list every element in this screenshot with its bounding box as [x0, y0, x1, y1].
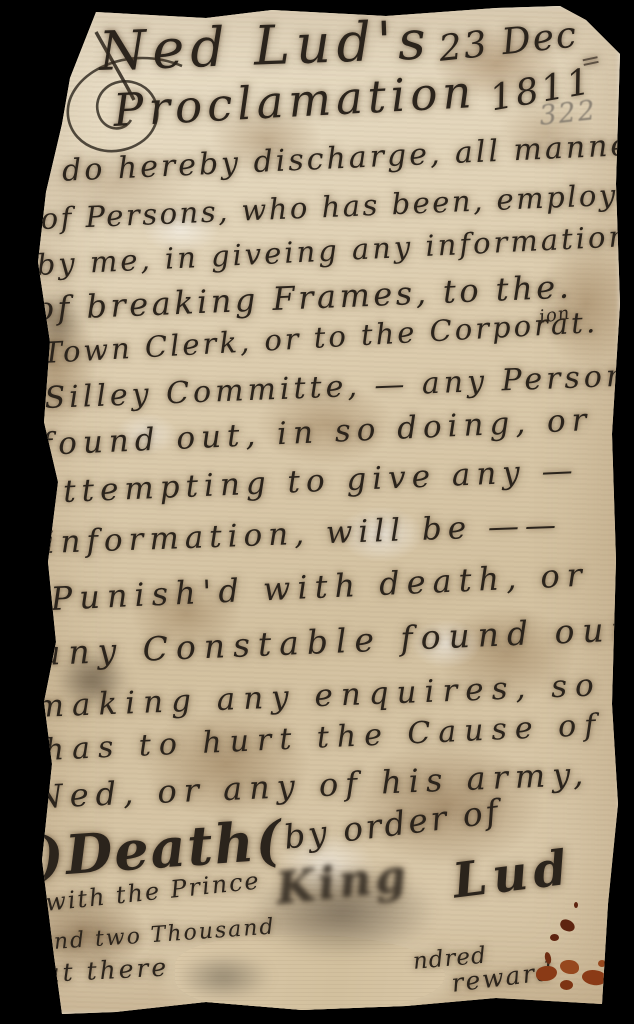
body-line: attempting to give any —: [38, 453, 579, 510]
rust-spot: [559, 918, 577, 933]
rust-spot: [560, 960, 579, 974]
footer-line: at there: [44, 953, 170, 987]
date-day: 23 Dec: [437, 15, 580, 69]
rust-spot: [550, 934, 559, 941]
signature-word: Lud: [450, 841, 576, 908]
rust-spot: [560, 980, 573, 990]
body-line: information, will be ——: [44, 508, 562, 560]
pencil-number: 322: [538, 96, 598, 132]
rust-spot: [610, 924, 615, 929]
manuscript-paper: Ned Lud's 23 Dec = 1811 Proclamation 322…: [26, 4, 622, 1016]
body-line: Ned, or any of his army,: [34, 757, 591, 815]
body-line: any Constable found out: [40, 611, 634, 672]
photo-background: Ned Lud's 23 Dec = 1811 Proclamation 322…: [0, 0, 634, 1024]
corporation-superscript: ion: [538, 304, 572, 328]
ink-smudge-footer: [176, 954, 271, 1000]
rust-spot: [574, 902, 578, 908]
rust-spot: [581, 967, 608, 987]
rust-spot: [598, 960, 606, 967]
body-line: Punish'd with death, or: [50, 558, 590, 618]
